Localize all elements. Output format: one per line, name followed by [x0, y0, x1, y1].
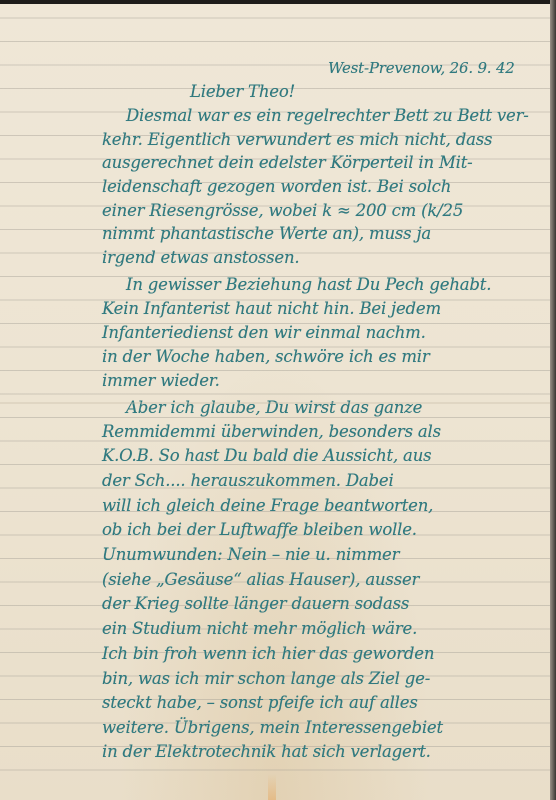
letter-line: ein Studium nicht mehr möglich wäre.: [102, 621, 417, 638]
letter-line: weitere. Übrigens, mein Interessengebiet: [102, 720, 443, 737]
letter-line: immer wieder.: [102, 373, 220, 390]
letter-salutation: Lieber Theo!: [190, 84, 295, 101]
letter-line: der Krieg sollte länger dauern sodass: [102, 596, 409, 613]
letter-line: Aber ich glaube, Du wirst das ganze: [126, 400, 422, 417]
letter-date-line: West-Prevenow, 26. 9. 42: [328, 61, 515, 76]
letter-line: einer Riesengrösse, wobei k ≈ 200 cm (k/…: [102, 203, 463, 220]
letter-line: Infanteriedienst den wir einmal nachm.: [102, 325, 426, 342]
letter-line: Kein Infanterist haut nicht hin. Bei jed…: [102, 301, 441, 318]
letter-line: der Sch.... herauszukommen. Dabei: [102, 473, 394, 490]
letter-line: kehr. Eigentlich verwundert es mich nich…: [102, 132, 492, 149]
letter-line: steckt habe, – sonst pfeife ich auf alle…: [102, 695, 418, 712]
letter-line: nimmt phantastische Werte an), muss ja: [102, 226, 431, 243]
letter-line: in der Woche haben, schwöre ich es mir: [102, 349, 430, 366]
letter-line: Diesmal war es ein regelrechter Bett zu …: [126, 108, 529, 125]
letter-line: Remmidemmi überwinden, besonders als: [102, 424, 441, 441]
letter-line: ausgerechnet dein edelster Körperteil in…: [102, 155, 473, 172]
letter-line: Ich bin froh wenn ich hier das geworden: [102, 646, 434, 663]
letter-line: bin, was ich mir schon lange als Ziel ge…: [102, 671, 430, 688]
letter-line: leidenschaft gezogen worden ist. Bei sol…: [102, 179, 451, 196]
letter-line: Unumwunden: Nein – nie u. nimmer: [102, 547, 399, 564]
scan-edge-shadow: [550, 0, 556, 800]
letter-line: irgend etwas anstossen.: [102, 250, 299, 267]
letter-page: West-Prevenow, 26. 9. 42 Lieber Theo! Di…: [0, 4, 550, 800]
letter-line: ob ich bei der Luftwaffe bleiben wolle.: [102, 522, 417, 539]
letter-line: (siehe „Gesäuse“ alias Hauser), ausser: [102, 572, 419, 589]
letter-line: In gewisser Beziehung hast Du Pech gehab…: [126, 277, 491, 294]
letter-line: will ich gleich deine Frage beantworten,: [102, 498, 433, 515]
paper-fold-stain: [268, 774, 276, 800]
letter-line: in der Elektrotechnik hat sich verlagert…: [102, 744, 431, 761]
letter-line: K.O.B. So hast Du bald die Aussicht, aus: [102, 448, 431, 465]
